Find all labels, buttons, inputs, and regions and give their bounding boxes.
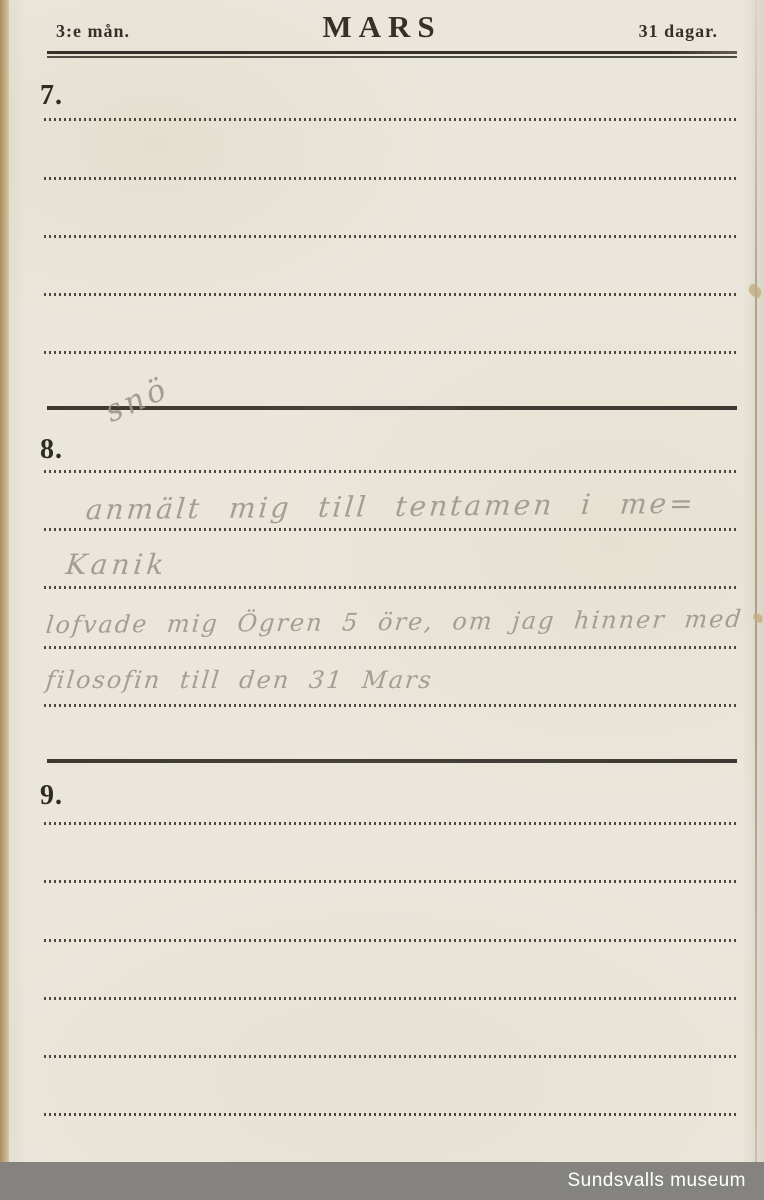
ruled-line <box>44 1113 738 1116</box>
ruled-line <box>44 880 738 883</box>
ruled-line <box>44 586 738 589</box>
ruled-line <box>44 351 738 354</box>
handwriting-entry: anmält mig till tentamen i me= <box>84 487 697 526</box>
ruled-line <box>44 235 738 238</box>
day-number-7: 7. <box>40 80 63 112</box>
ruled-line <box>44 1055 738 1058</box>
ruled-line <box>44 704 738 707</box>
day-number-9: 9. <box>40 780 63 812</box>
ruled-line <box>44 293 738 296</box>
ruled-line <box>44 177 738 180</box>
ruled-line <box>44 646 738 649</box>
ruled-line <box>44 997 738 1000</box>
section-divider <box>47 759 737 763</box>
ruled-line <box>44 939 738 942</box>
header-days-count: 31 dagar. <box>639 21 718 42</box>
museum-credit: Sundsvalls museum <box>567 1170 746 1192</box>
page-tear <box>752 613 764 624</box>
diary-page: 3:e mån. MARS 31 dagar. 7. snö 8. anmält… <box>0 0 764 1200</box>
handwriting-entry: Kanik <box>64 548 169 581</box>
page-tear <box>746 283 763 299</box>
page-right-crease <box>755 0 757 1200</box>
ruled-line <box>44 528 738 531</box>
ruled-line <box>44 470 738 473</box>
handwriting-entry: filosofin till den 31 Mars <box>45 666 435 694</box>
ruled-line <box>44 118 738 121</box>
header-double-rule <box>47 51 737 58</box>
handwriting-annotation: snö <box>100 370 175 430</box>
ruled-line <box>44 822 738 825</box>
museum-credit-bar: Sundsvalls museum <box>0 1162 764 1200</box>
page-left-edge <box>0 0 9 1200</box>
handwriting-entry: lofvade mig Ögren 5 öre, om jag hinner m… <box>45 605 745 639</box>
day-number-8: 8. <box>40 434 63 466</box>
